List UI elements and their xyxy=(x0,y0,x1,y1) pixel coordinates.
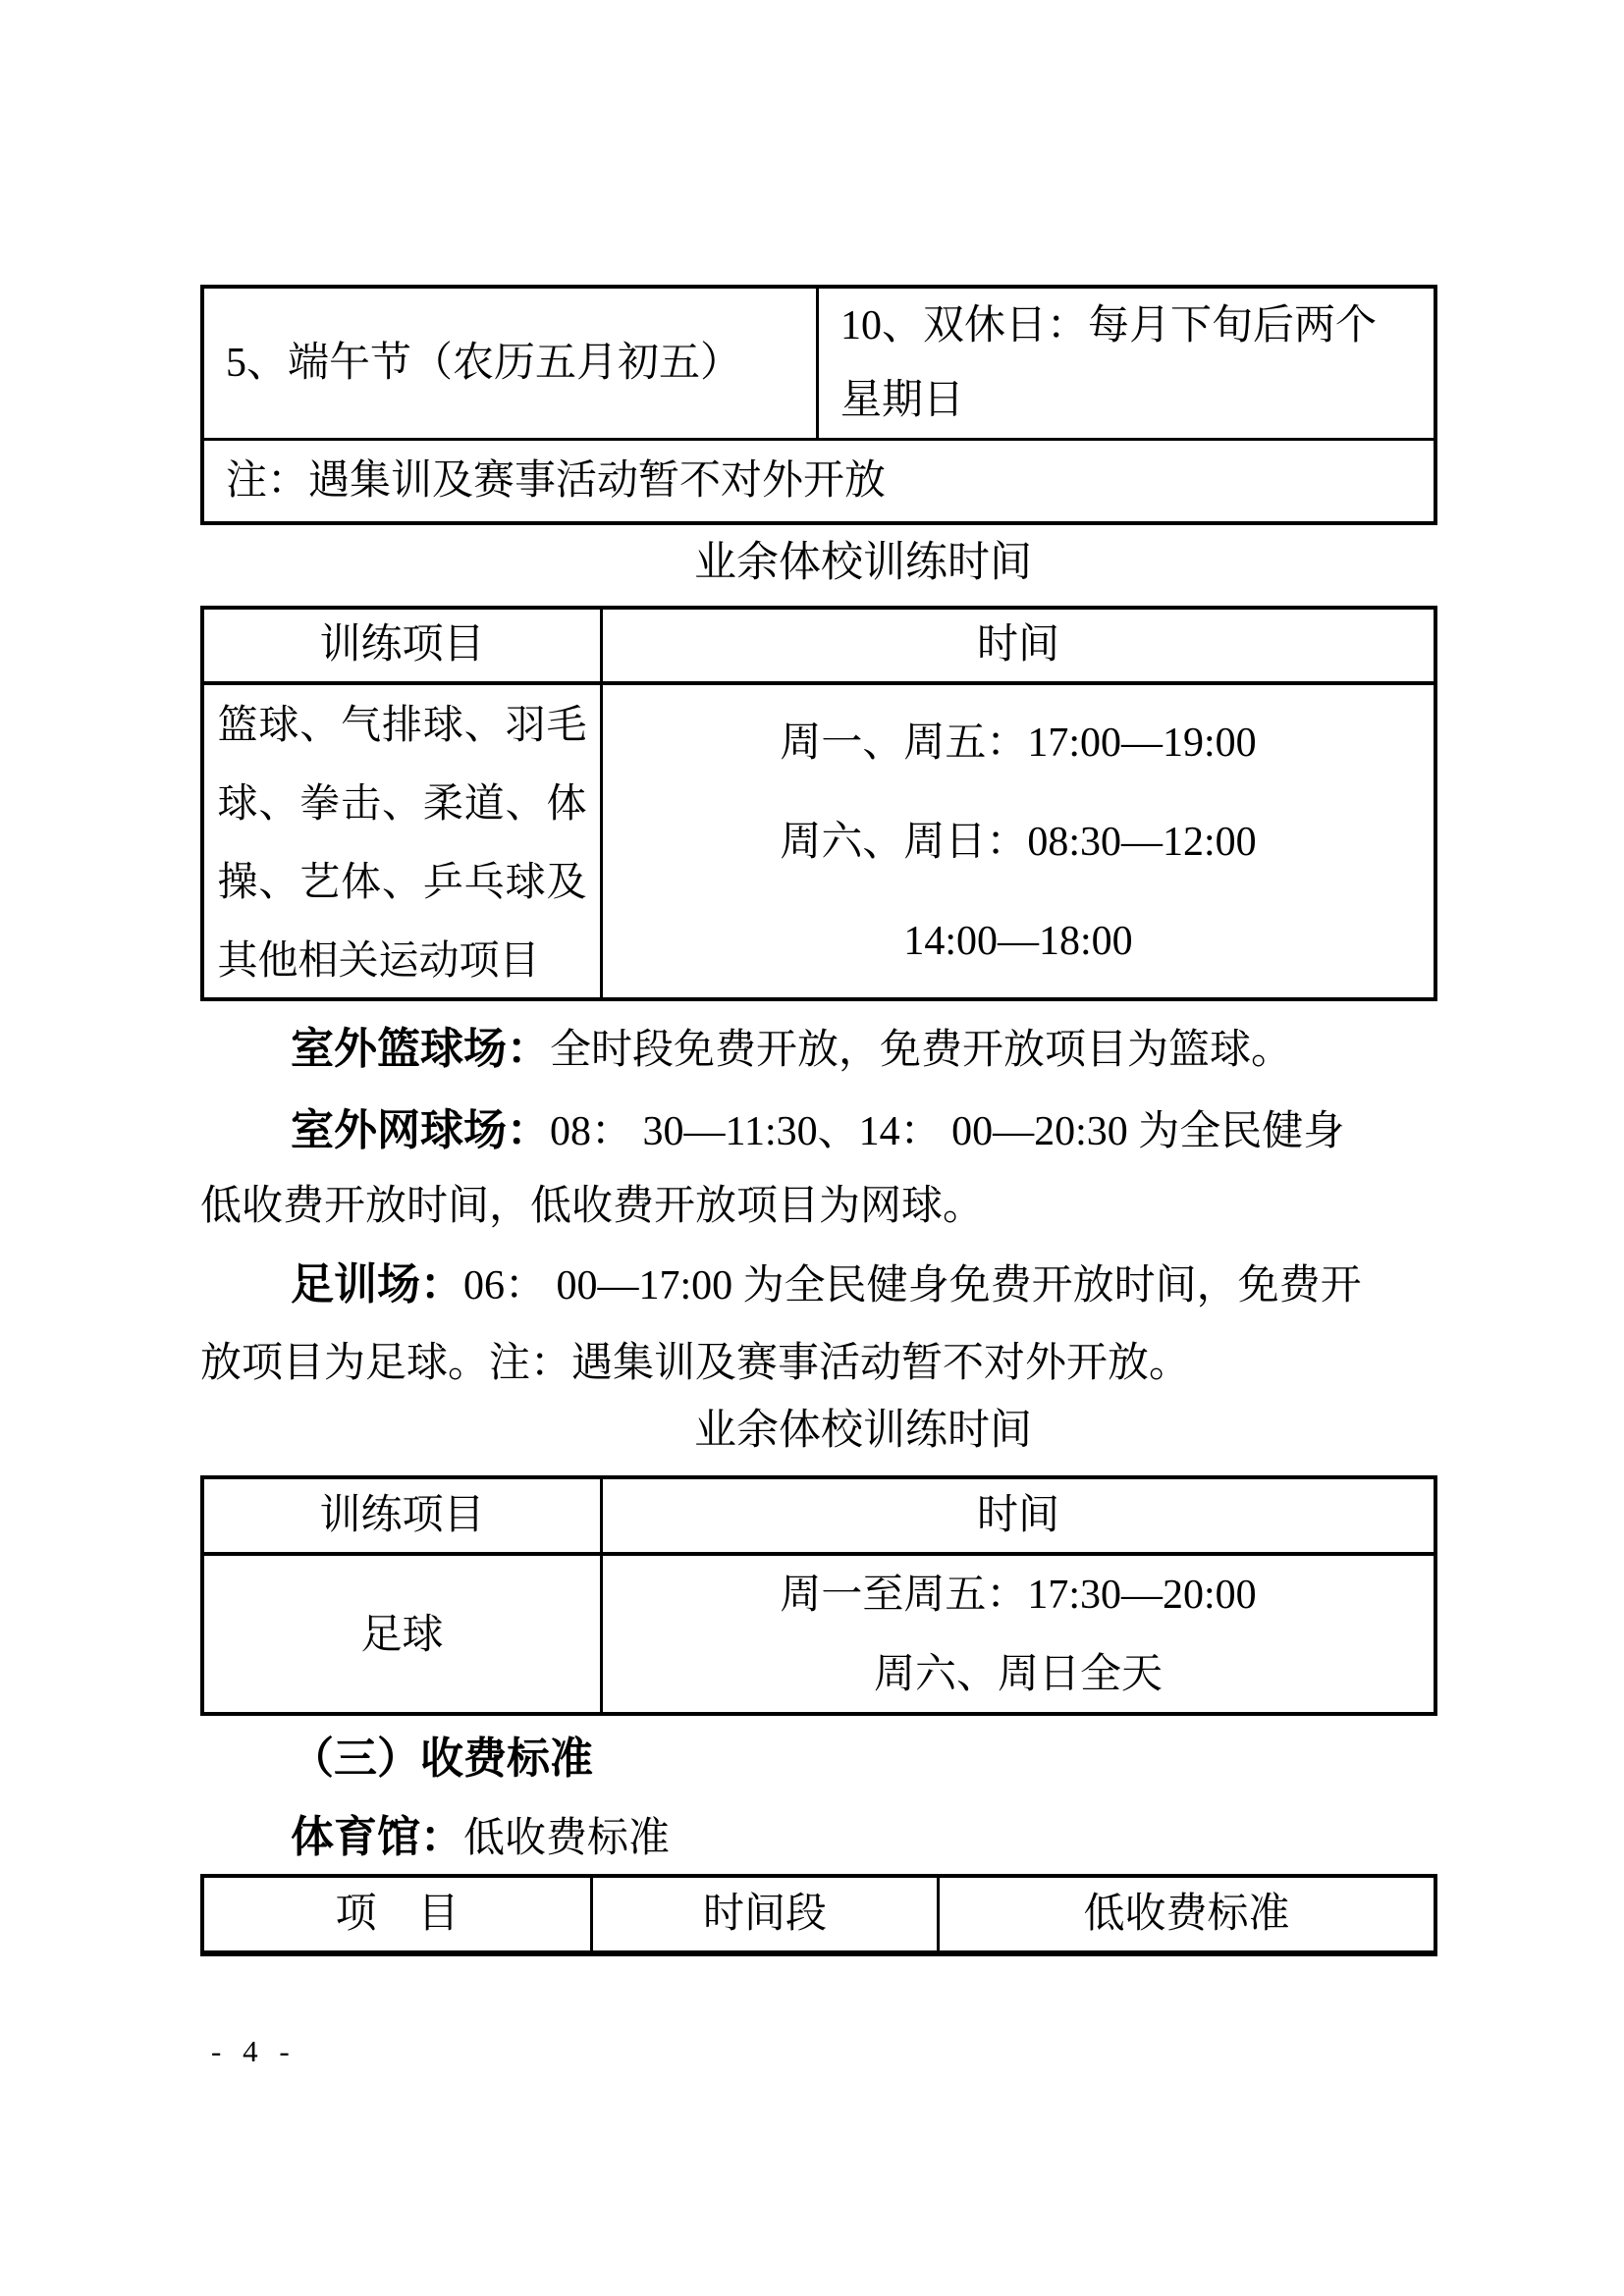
fee-header-item: 项 目 xyxy=(204,1878,593,1950)
training2-time-line1: 周一至周五：17:30—20:00 xyxy=(780,1556,1256,1635)
training1-time-cell: 周一、周五：17:00—19:00 周六、周日：08:30—12:00 14:0… xyxy=(603,685,1434,999)
fee-venue-text: 低收费标准 xyxy=(463,1816,670,1861)
training1-header-time: 时间 xyxy=(603,610,1434,685)
training1-header-project: 训练项目 xyxy=(204,610,603,685)
weekend-line1: 10、双休日：每月下旬后两个 xyxy=(840,289,1377,363)
training1-time-line2: 周六、周日：08:30—12:00 xyxy=(780,793,1256,892)
training1-project-text: 篮球、气排球、羽毛球、拳击、柔道、体操、艺体、乒乓球及其他相关运动项目 xyxy=(218,685,587,999)
holiday-note: 注：遇集训及赛事活动暂不对外开放 xyxy=(226,455,886,507)
training2-header-time: 时间 xyxy=(603,1479,1434,1556)
training2-project-cell: 足球 xyxy=(204,1556,603,1715)
football-label: 足训场： xyxy=(291,1260,463,1308)
paragraph-football-line2: 放项目为足球。注：遇集训及赛事活动暂不对外开放。 xyxy=(200,1336,1190,1391)
holiday-cell-dragonboat: 5、端午节（农历五月初五） xyxy=(204,289,819,441)
paragraph-tennis-line2: 低收费开放时间，低收费开放项目为网球。 xyxy=(200,1179,984,1234)
fee-header-standard: 低收费标准 xyxy=(940,1878,1434,1950)
training-table-2: 训练项目 时间 足球 周一至周五：17:30—20:00 周六、周日全天 xyxy=(200,1475,1437,1716)
training-table-1: 训练项目 时间 篮球、气排球、羽毛球、拳击、柔道、体操、艺体、乒乓球及其他相关运… xyxy=(200,606,1437,1001)
training2-project-text: 足球 xyxy=(360,1610,443,1662)
fee-heading-text: （三）收费标准 xyxy=(291,1735,593,1783)
fee-header-period-label: 时间段 xyxy=(703,1889,827,1941)
training2-time-line2: 周六、周日全天 xyxy=(874,1635,1163,1715)
fee-venue-line: 体育馆：低收费标准 xyxy=(291,1810,670,1866)
training2-header-time-label: 时间 xyxy=(977,1490,1059,1542)
fee-venue-label: 体育馆： xyxy=(291,1813,463,1861)
holiday-text: 5、端午节（农历五月初五） xyxy=(226,338,741,390)
holiday-note-cell: 注：遇集训及赛事活动暂不对外开放 xyxy=(204,441,1434,521)
tennis-label: 室外网球场： xyxy=(291,1106,550,1154)
training2-header-project-label: 训练项目 xyxy=(319,1490,484,1542)
football-text-line1: 06： 00—17:00 为全民健身免费开放时间，免费开 xyxy=(463,1263,1362,1308)
training2-header-project: 训练项目 xyxy=(204,1479,603,1556)
fee-header-standard-label: 低收费标准 xyxy=(1083,1889,1289,1941)
holiday-table: 5、端午节（农历五月初五） 10、双休日：每月下旬后两个 星期日 注：遇集训及赛… xyxy=(200,285,1437,525)
training-title-1: 业余体校训练时间 xyxy=(200,538,1437,589)
training1-time-line1: 周一、周五：17:00—19:00 xyxy=(780,694,1256,793)
weekend-line2: 星期日 xyxy=(840,363,964,438)
tennis-text-line1: 08： 30—11:30、14： 00—20:30 为全民健身 xyxy=(550,1109,1344,1154)
training1-header-time-label: 时间 xyxy=(977,619,1059,671)
training1-header-project-label: 训练项目 xyxy=(319,619,484,671)
basketball-text: 全时段免费开放，免费开放项目为篮球。 xyxy=(550,1028,1292,1073)
paragraph-tennis-line1: 室外网球场：08： 30—11:30、14： 00—20:30 为全民健身 xyxy=(291,1103,1344,1159)
training-title-2: 业余体校训练时间 xyxy=(200,1406,1437,1457)
paragraph-football-line1: 足训场：06： 00—17:00 为全民健身免费开放时间，免费开 xyxy=(291,1257,1362,1313)
paragraph-basketball: 室外篮球场：全时段免费开放，免费开放项目为篮球。 xyxy=(291,1022,1292,1078)
fee-header-period: 时间段 xyxy=(593,1878,940,1950)
holiday-cell-weekend: 10、双休日：每月下旬后两个 星期日 xyxy=(819,289,1434,441)
document-page: 5、端午节（农历五月初五） 10、双休日：每月下旬后两个 星期日 注：遇集训及赛… xyxy=(0,0,1624,2296)
fee-table: 项 目 时间段 低收费标准 xyxy=(200,1874,1437,1956)
training1-time-line3: 14:00—18:00 xyxy=(903,892,1132,991)
football-text-line2: 放项目为足球。注：遇集训及赛事活动暂不对外开放。 xyxy=(200,1341,1190,1386)
fee-heading: （三）收费标准 xyxy=(291,1732,593,1788)
basketball-label: 室外篮球场： xyxy=(291,1025,550,1073)
fee-header-item-label: 项 目 xyxy=(335,1889,459,1941)
training1-project-cell: 篮球、气排球、羽毛球、拳击、柔道、体操、艺体、乒乓球及其他相关运动项目 xyxy=(204,685,603,999)
page-number: - 4 - xyxy=(211,2034,297,2069)
training2-time-cell: 周一至周五：17:30—20:00 周六、周日全天 xyxy=(603,1556,1434,1715)
tennis-text-line2: 低收费开放时间，低收费开放项目为网球。 xyxy=(200,1184,984,1229)
